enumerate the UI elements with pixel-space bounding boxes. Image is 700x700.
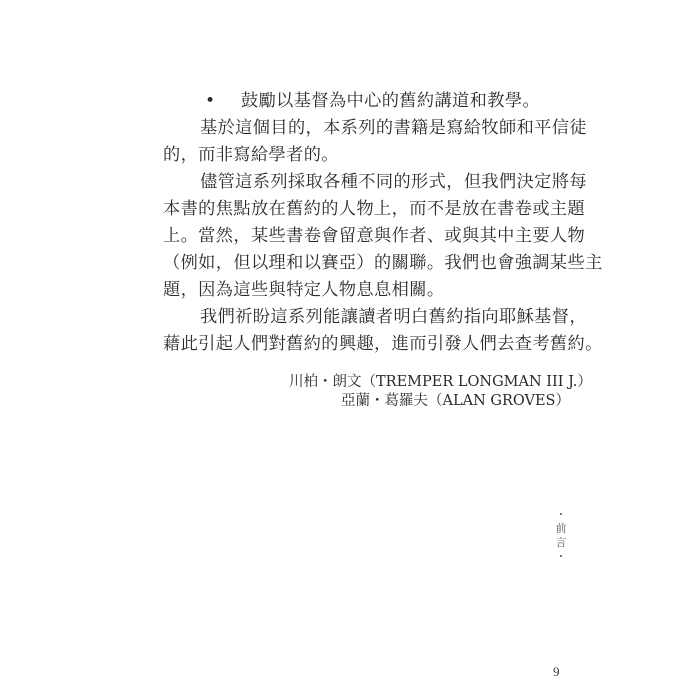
author-signature-2: 亞蘭・葛羅夫（ALAN GROVES） — [341, 391, 570, 411]
paragraph-3-line-2: 藉此引起人們對舊約的興趣，進而引發人們去查考舊約。 — [163, 332, 515, 356]
page-number: 9 — [553, 664, 560, 680]
paragraph-2-line-5: 題，因為這些與特定人物息息相關。 — [163, 278, 515, 302]
paragraph-2-line-3: 上。當然，某些書卷會留意與作者、或與其中主要人物 — [163, 224, 515, 248]
bullet-text: 鼓勵以基督為中心的舊約講道和教學。 — [241, 89, 540, 113]
paragraph-3-line-1: 我們祈盼這系列能讓讀者明白舊約指向耶穌基督， — [200, 305, 552, 329]
paragraph-1-line-2: 的，而非寫給學者的。 — [163, 143, 515, 167]
bullet-item: • 鼓勵以基督為中心的舊約講道和教學。 — [207, 89, 559, 113]
side-dot-top: ・ — [554, 508, 568, 522]
paragraph-2-line-4: （例如，但以理和以賽亞）的關聯。我們也會強調某些主 — [163, 251, 515, 275]
book-page: • 鼓勵以基督為中心的舊約講道和教學。 基於這個目的，本系列的書籍是寫給牧師和平… — [0, 0, 700, 700]
paragraph-2-line-1: 儘管這系列採取各種不同的形式，但我們決定將每 — [200, 170, 552, 194]
author-signature-1: 川柏・朗文（TREMPER LONGMAN III J.） — [289, 372, 592, 392]
bullet-icon: • — [205, 89, 216, 113]
paragraph-1-line-1: 基於這個目的，本系列的書籍是寫給牧師和平信徒 — [200, 116, 552, 140]
side-char-1: 前 — [554, 522, 568, 536]
paragraph-2-line-2: 本書的焦點放在舊約的人物上，而不是放在書卷或主題 — [163, 197, 515, 221]
chapter-side-label: ・ 前 言 ・ — [554, 508, 568, 564]
side-dot-bottom: ・ — [554, 550, 568, 564]
side-char-2: 言 — [554, 536, 568, 550]
